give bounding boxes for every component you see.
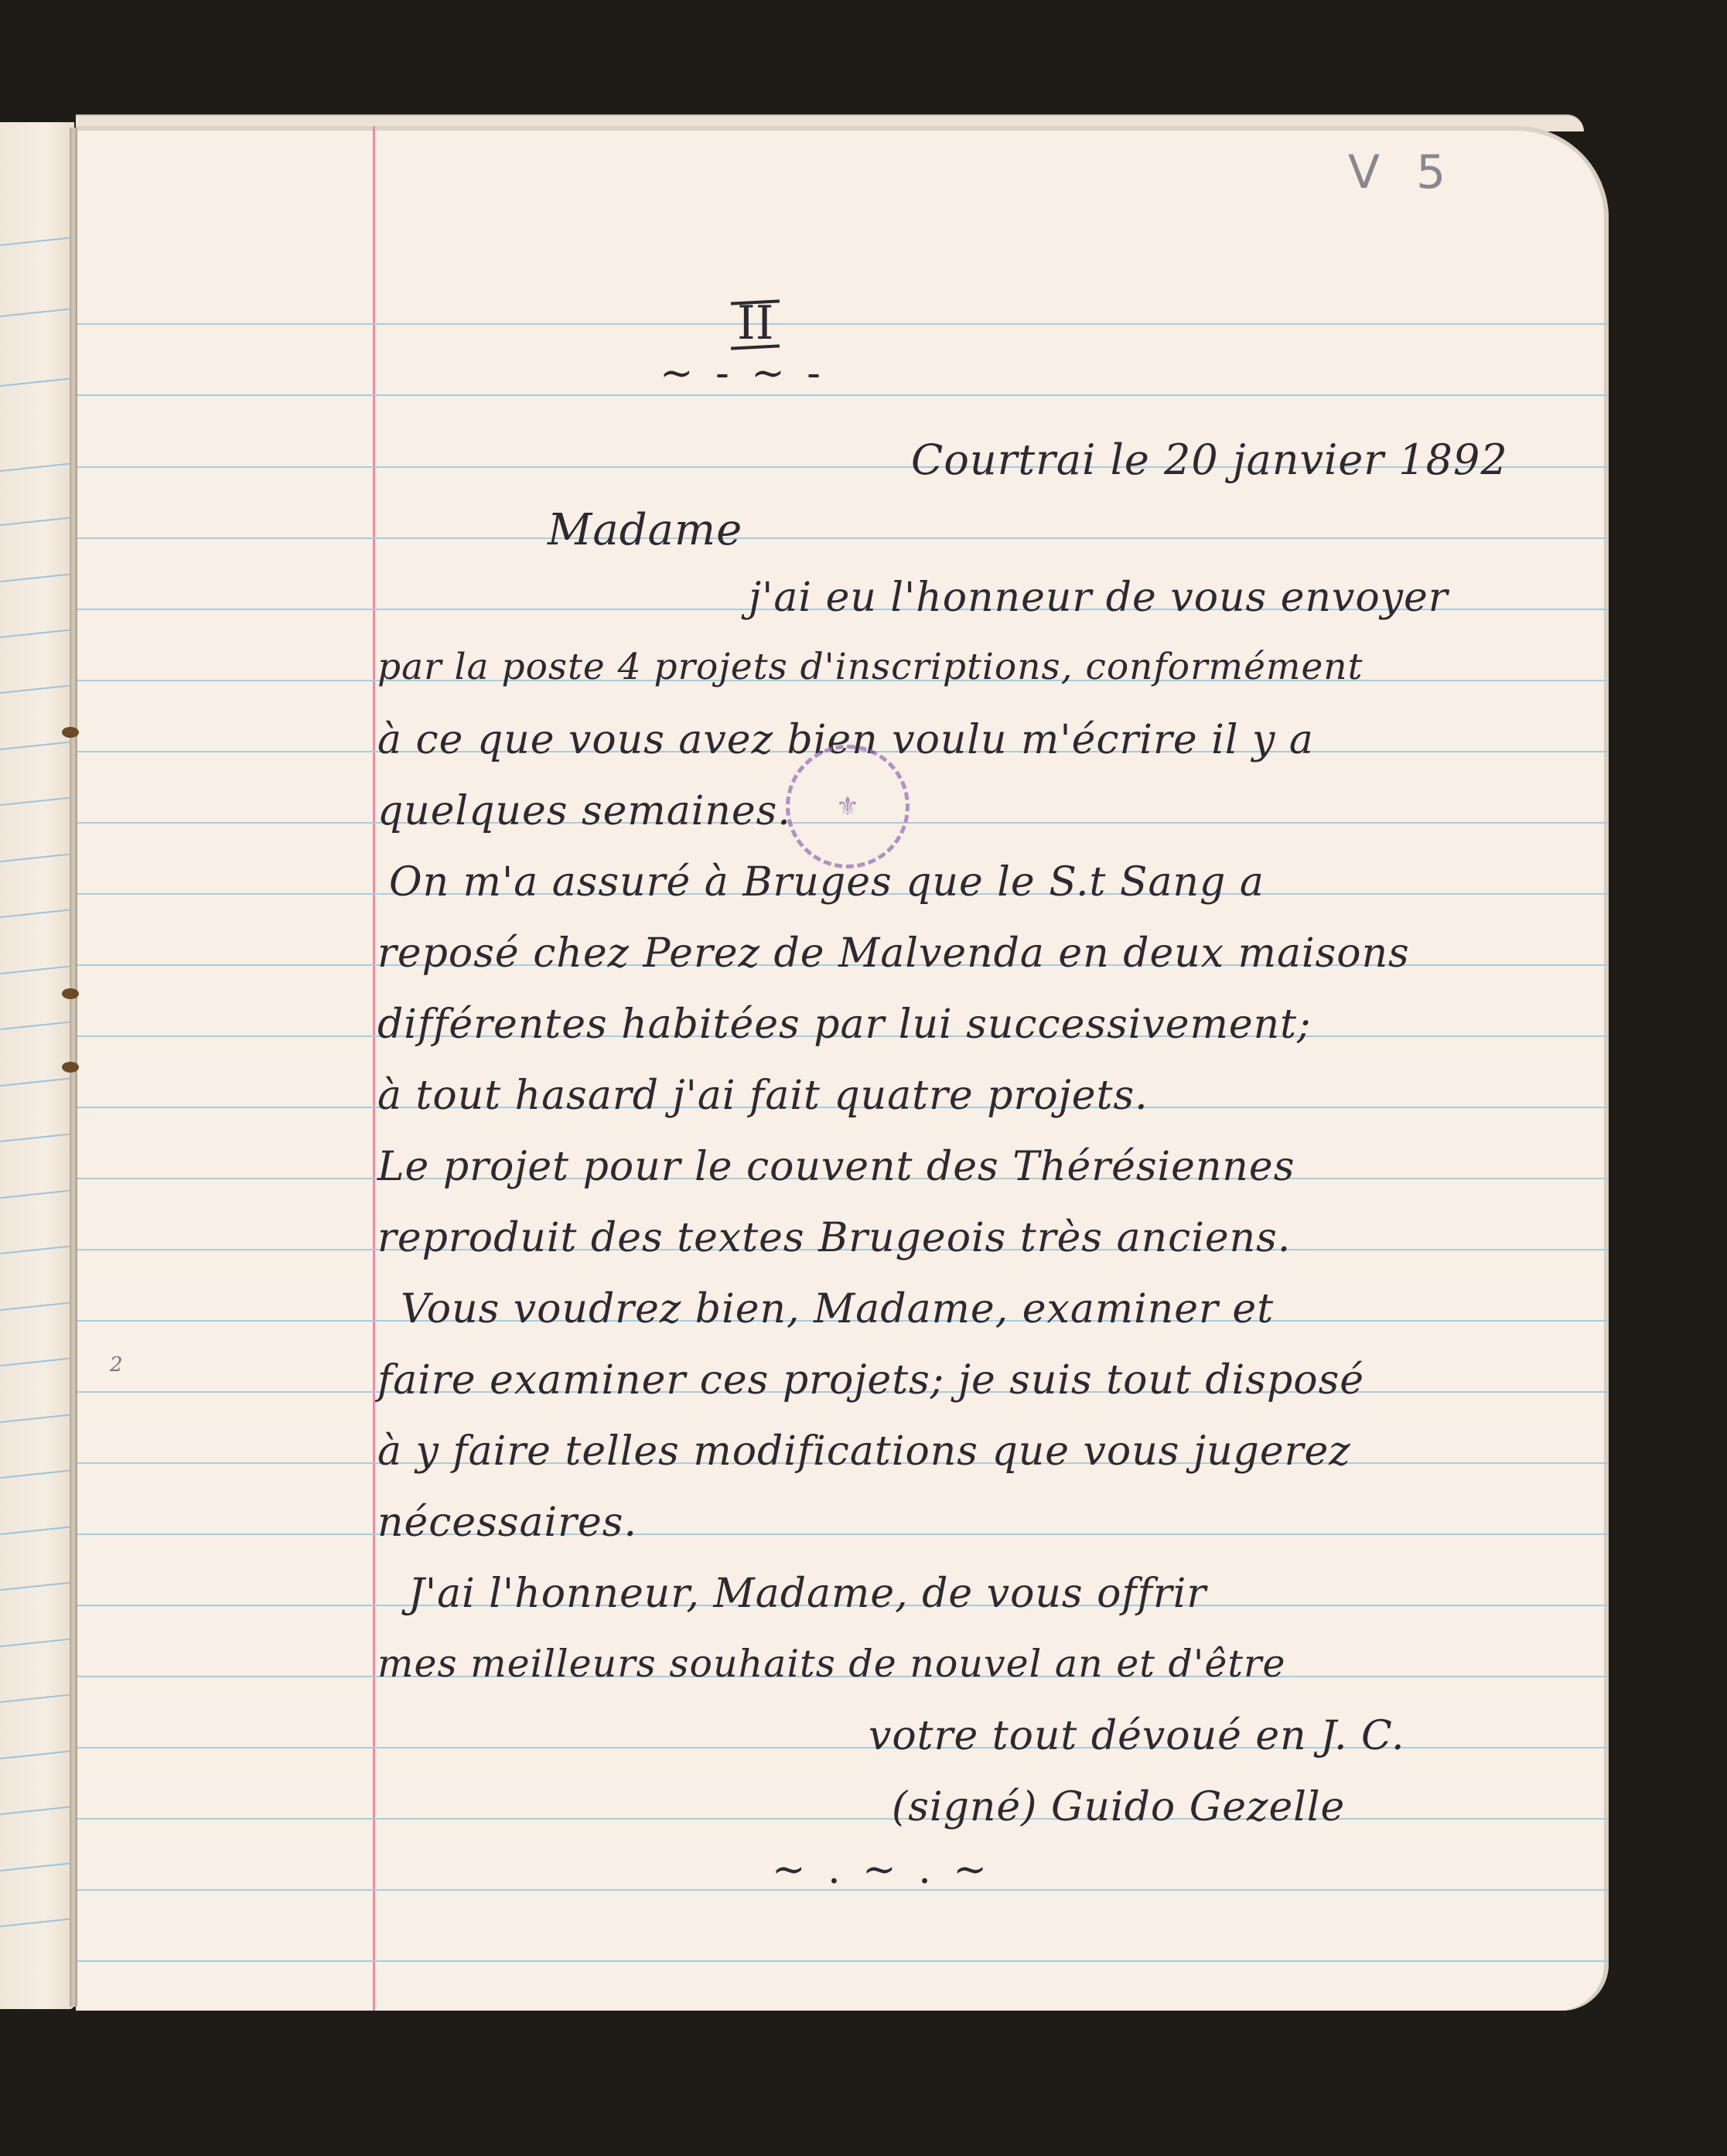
letter-line-5: On m'a assuré à Bruges que le S.t Sang a [389,859,1265,906]
ruled-line [0,853,74,862]
ruled-line [0,629,74,638]
ruled-line [0,1189,74,1199]
ruled-line [0,1638,74,1647]
ruled-line [0,1469,74,1479]
ruled-line [76,537,1609,539]
ruled-line [0,1021,74,1030]
ruled-line [0,1301,74,1311]
ruled-line [0,965,74,974]
ruled-line [0,1694,74,1703]
ruled-line [0,1077,74,1087]
notebook-page: V 5 II ~ - ~ - Courtrai le 20 janvier 18… [76,126,1609,2011]
ruled-line [76,394,1609,396]
ruled-line [76,1960,1609,1962]
ruled-line [0,1862,74,1871]
section-numeral: II [737,296,773,350]
salutation: Madame [548,505,742,555]
letter-line-1: j'ai eu l'honneur de vous envoyer [749,575,1449,621]
ruled-line [0,377,74,387]
ruled-line [0,1526,74,1535]
letter-line-11: Vous voudrez bien, Madame, examiner et [401,1286,1274,1332]
top-flourish: ~ - ~ - [660,350,825,397]
ruled-line [0,909,74,918]
letter-line-8: à tout hasard j'ai fait quatre projets. [377,1073,1148,1119]
red-margin-line [373,126,375,2011]
ruled-line [0,797,74,806]
ruled-line [76,323,1609,325]
ruled-line [0,1357,74,1366]
ruled-line [0,517,74,526]
ruled-line [0,462,74,472]
ruled-line [0,1918,74,1927]
bottom-flourish: ~ . ~ . ~ [772,1847,991,1893]
pencil-folio-number: V 5 [1348,145,1456,200]
letter-line-16: mes meilleurs souhaits de nouvel an et d… [377,1642,1285,1686]
letter-line-13: à y faire telles modifications que vous … [377,1428,1351,1475]
letter-line-14: nécessaires. [377,1499,637,1546]
fleur-de-lis-icon: ⚜ [836,791,859,822]
ruled-line [0,237,74,246]
letter-line-4: quelques semaines. [377,788,791,834]
binding-stitch [62,727,79,738]
ruled-line [76,1818,1609,1820]
letter-line-15: J'ai l'honneur, Madame, de vous offrir [408,1571,1207,1617]
letter-line-2: par la poste 4 projets d'inscriptions, c… [377,646,1363,688]
letter-line-12: faire examiner ces projets; je suis tout… [377,1357,1364,1404]
letter-line-6: reposé chez Perez de Malvenda en deux ma… [377,930,1410,977]
letter-line-9: Le projet pour le couvent des Thérésienn… [377,1144,1295,1190]
ruled-line [0,1245,74,1254]
ruled-line [0,308,74,317]
ruled-line [0,573,74,582]
ruled-line [0,1133,74,1142]
signature: (signé) Guido Gezelle [892,1784,1345,1830]
ruled-line [0,1414,74,1423]
ruled-line [0,1750,74,1759]
ruled-line [76,1533,1609,1535]
ruled-line [0,741,74,750]
letter-line-7: différentes habitées par lui successivem… [377,1001,1312,1048]
ruled-line [0,1581,74,1591]
closing: votre tout dévoué en J. C. [869,1713,1405,1759]
binding-stitch [62,988,79,999]
ruled-line [0,1806,74,1815]
library-stamp: ⚜ [786,745,910,868]
letter-line-10: reproduit des textes Brugeois très ancie… [377,1215,1291,1261]
gutter-pencil-mark: 2 [110,1353,123,1376]
ruled-line [0,684,74,694]
dateline: Courtrai le 20 janvier 1892 [911,435,1508,484]
binding-stitch [62,1062,79,1073]
